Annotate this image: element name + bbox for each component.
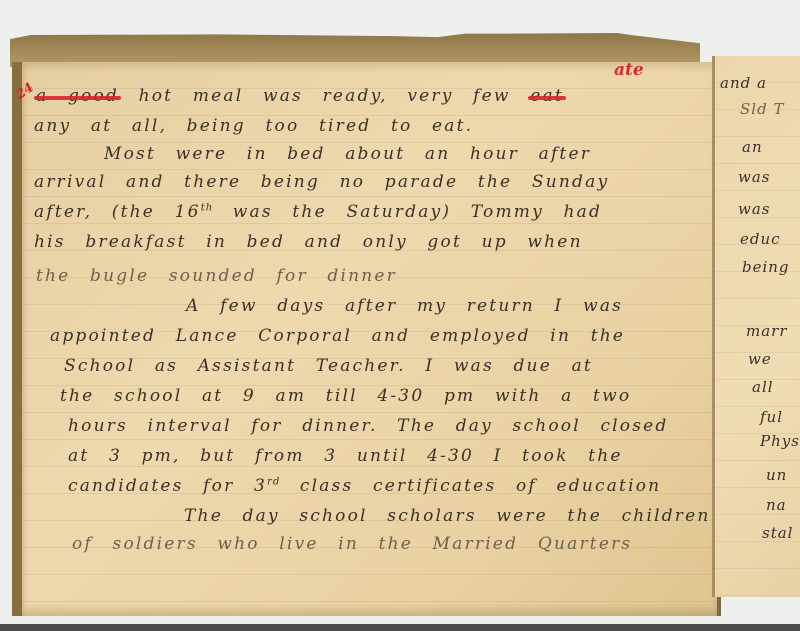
right-line-6: educ — [740, 230, 781, 248]
line-text: class certificates of education — [300, 476, 661, 496]
line-1: a good hot meal was ready, very few eat — [36, 86, 564, 106]
right-line-11: ful — [760, 408, 783, 426]
line-4: arrival and there being no parade the Su… — [34, 172, 609, 192]
line-9: appointed Lance Corporal and employed in… — [50, 326, 625, 346]
line-7: the bugle sounded for dinner — [36, 266, 397, 286]
line-5: after, (the 16th was the Saturday) Tommy… — [34, 202, 602, 222]
right-line-14: na — [766, 496, 787, 514]
right-line-5: was — [738, 200, 770, 218]
right-line-1: and a — [720, 74, 767, 92]
line-2: any at all, being too tired to eat. — [34, 116, 473, 136]
line-8: A few days after my return I was — [186, 296, 623, 316]
line-14: candidates for 3rd class certificates of… — [68, 476, 661, 496]
line-text: candidates for 3 — [68, 476, 267, 496]
scanner-bottom-edge — [0, 624, 800, 631]
line-text: after, (the 16 — [34, 202, 201, 222]
right-line-3: an — [742, 138, 763, 156]
right-line-2: Sld T — [740, 100, 784, 118]
right-line-10: all — [752, 378, 774, 396]
line-12: hours interval for dinner. The day schoo… — [68, 416, 669, 436]
line-text: was the Saturday) Tommy had — [233, 202, 602, 222]
line-15: The day school scholars were the childre… — [184, 506, 711, 526]
struck-text: a good — [36, 86, 119, 106]
line-13: at 3 pm, but from 3 until 4-30 I took th… — [68, 446, 623, 466]
line-3: Most were in bed about an hour after — [104, 144, 591, 164]
line-11: the school at 9 am till 4-30 pm with a t… — [60, 386, 631, 406]
struck-text-end: eat — [530, 86, 564, 106]
right-line-13: un — [766, 466, 787, 484]
right-line-4: was — [738, 168, 770, 186]
line-6: his breakfast in bed and only got up whe… — [34, 232, 583, 252]
right-line-15: stal — [762, 524, 793, 542]
red-correction-insert: ate — [614, 60, 644, 80]
line-10: School as Assistant Teacher. I was due a… — [64, 356, 593, 376]
line-16: of soldiers who live in the Married Quar… — [72, 534, 632, 554]
right-line-9: we — [748, 350, 772, 368]
line-text: hot meal was ready, very few — [139, 86, 511, 106]
superscript: th — [201, 202, 213, 213]
superscript: rd — [267, 476, 280, 487]
right-line-8: marr — [746, 322, 788, 340]
right-line-12: Phys — [760, 432, 800, 450]
right-line-7: being — [742, 258, 790, 276]
